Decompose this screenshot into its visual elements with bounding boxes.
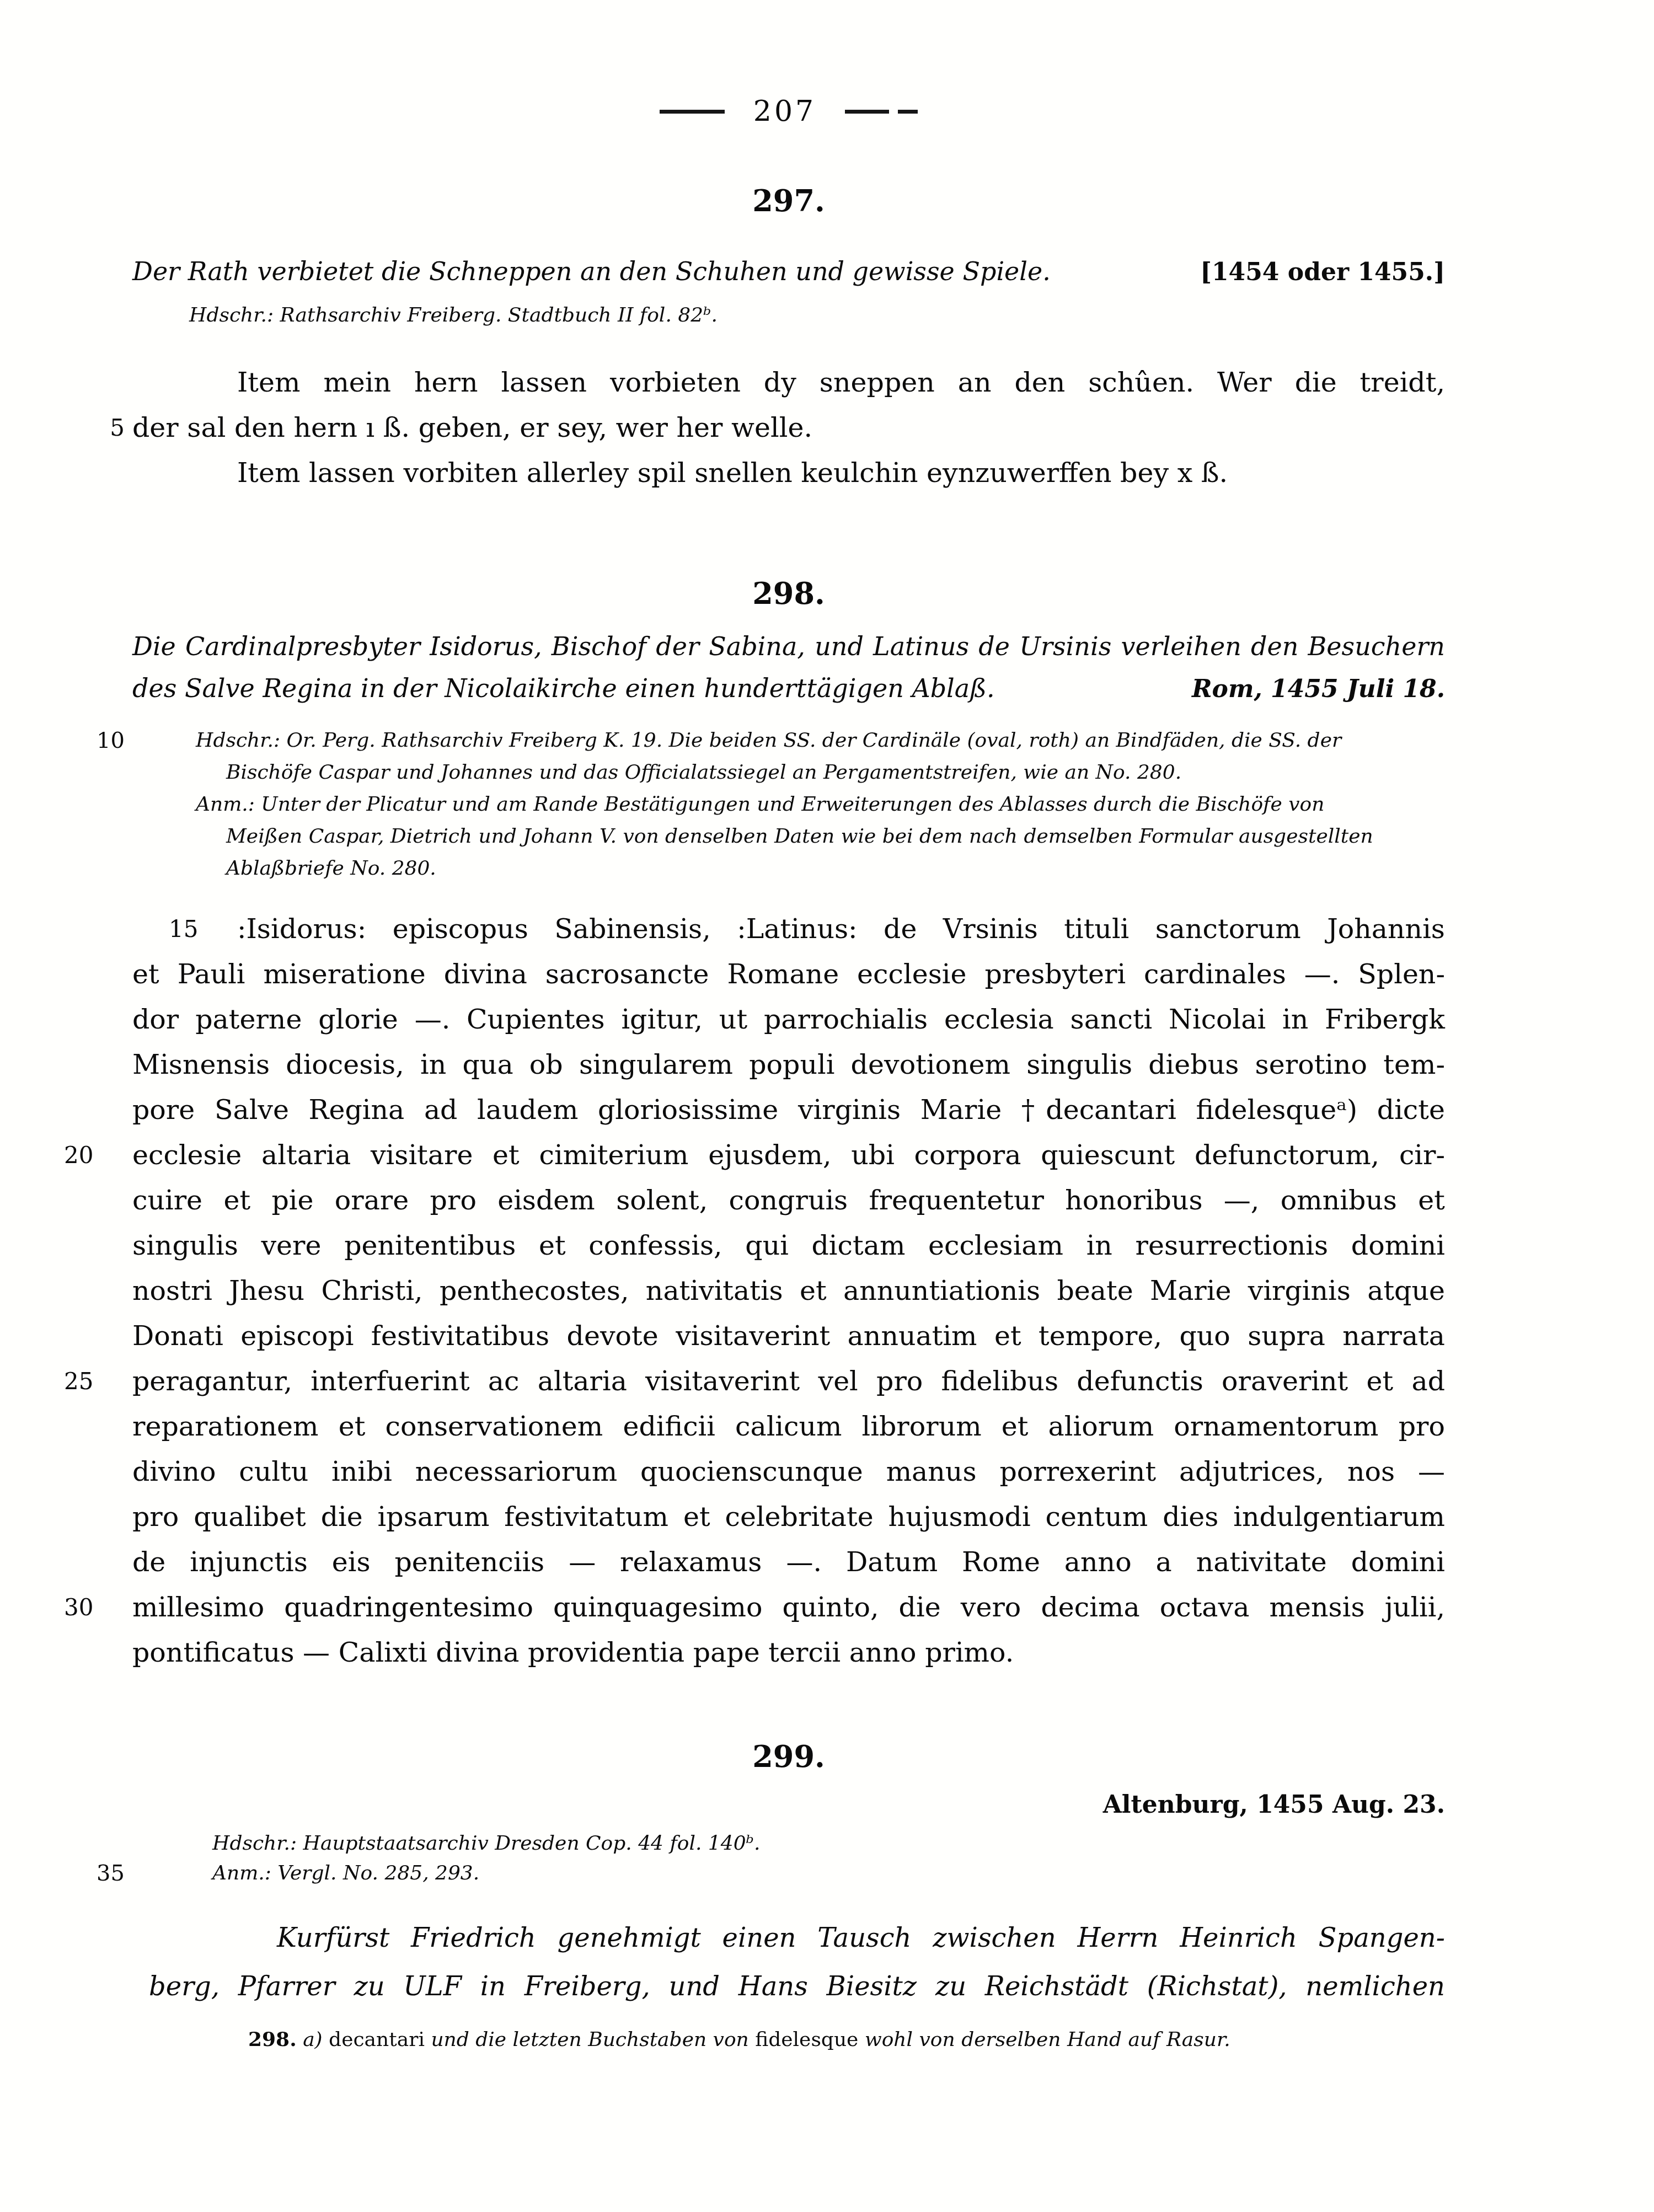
text-column: 207 297. Der Rath verbietet die Schneppe… bbox=[132, 0, 1445, 2054]
text-line: et Pauli miseratione divina sacrosancte … bbox=[132, 952, 1445, 997]
text-line: Kurfürst Friedrich genehmigt einen Tausc… bbox=[149, 1914, 1445, 1962]
page-number-rule-right bbox=[845, 110, 889, 114]
text-line: nostri Jhesu Christi, penthecostes, nati… bbox=[132, 1268, 1445, 1314]
source-line-text: Anm.: Vergl. No. 285, 293. bbox=[212, 1862, 479, 1884]
text-line: 20ecclesie altaria visitare et cimiteriu… bbox=[132, 1133, 1445, 1178]
entry-297-source: Hdschr.: Rathsarchiv Freiberg. Stadtbuch… bbox=[189, 301, 1445, 330]
margin-line-number: 25 bbox=[64, 1359, 125, 1404]
page-number-rule-right-2 bbox=[898, 110, 918, 114]
text-line: 30millesimo quadringentesimo quinquagesi… bbox=[132, 1585, 1445, 1630]
entry-298-regest: Die Cardinalpresbyter Isidorus, Bischof … bbox=[132, 625, 1445, 710]
entry-299-body: Kurfürst Friedrich genehmigt einen Tausc… bbox=[149, 1914, 1445, 2011]
source-line: Meißen Caspar, Dietrich und Johann V. vo… bbox=[226, 821, 1445, 853]
text-line-text: :Isidorus: episcopus Sabinensis, :Latinu… bbox=[237, 913, 1445, 945]
entry-298-sources: 10Hdschr.: Or. Perg. Rathsarchiv Freiber… bbox=[132, 725, 1445, 885]
book-page: 207 297. Der Rath verbietet die Schneppe… bbox=[0, 0, 1654, 2212]
text-line: Item mein hern lassen vorbieten dy snepp… bbox=[132, 360, 1445, 405]
text-line: pore Salve Regina ad laudem gloriosissim… bbox=[132, 1088, 1445, 1133]
source-line-text: Hdschr.: Or. Perg. Rathsarchiv Freiberg … bbox=[196, 729, 1341, 752]
text-line: 15:Isidorus: episcopus Sabinensis, :Lati… bbox=[132, 907, 1445, 952]
margin-line-number: 20 bbox=[64, 1133, 125, 1178]
text-line: Donati episcopi festivitatibus devote vi… bbox=[132, 1314, 1445, 1359]
text-line: singulis vere penitentibus et confessis,… bbox=[132, 1223, 1445, 1268]
margin-line-number: 15 bbox=[64, 907, 125, 952]
entry-299-sources: Hdschr.: Hauptstaatsarchiv Dresden Cop. … bbox=[132, 1829, 1445, 1888]
page-number-rule-left bbox=[660, 110, 725, 114]
regest-line-text: des Salve Regina in der Nicolaikirche ei… bbox=[132, 667, 995, 709]
source-line: Bischöfe Caspar und Johannes und das Off… bbox=[226, 757, 1445, 789]
margin-line-number: 35 bbox=[64, 1858, 125, 1888]
regest-line: des Salve Regina in der Nicolaikirche ei… bbox=[132, 667, 1445, 710]
margin-line-number: 10 bbox=[64, 725, 125, 757]
entry-298-body: 15:Isidorus: episcopus Sabinensis, :Lati… bbox=[132, 907, 1445, 1675]
margin-line-number: 30 bbox=[64, 1585, 125, 1630]
text-line: dor paterne glorie —. Cupientes igitur, … bbox=[132, 997, 1445, 1042]
source-line: 35Anm.: Vergl. No. 285, 293. bbox=[212, 1858, 1445, 1888]
regest-line: Die Cardinalpresbyter Isidorus, Bischof … bbox=[132, 625, 1445, 667]
footnote-text: und die letzten Buchstaben von bbox=[431, 2028, 748, 2051]
text-line: 5der sal den hern ı ß. geben, er sey, we… bbox=[132, 405, 1445, 451]
footnote-word: decantari bbox=[329, 2028, 425, 2051]
entry-298-number: 298. bbox=[132, 576, 1445, 611]
footnote-marker: a) bbox=[303, 2028, 323, 2051]
page-number: 207 bbox=[753, 95, 816, 128]
text-line: reparationem et conservationem edificii … bbox=[132, 1404, 1445, 1449]
text-line: de injunctis eis penitenciis — relaxamus… bbox=[132, 1540, 1445, 1585]
footnote-298a: 298. a) decantari und die letzten Buchst… bbox=[248, 2025, 1445, 2054]
source-line: Anm.: Unter der Plicatur und am Rande Be… bbox=[196, 789, 1445, 821]
text-line: 25peragantur, interfuerint ac altaria vi… bbox=[132, 1359, 1445, 1404]
source-line: Ablaßbriefe No. 280. bbox=[226, 853, 1445, 885]
text-line: pro qualibet die ipsarum festivitatum et… bbox=[132, 1495, 1445, 1540]
source-line: Hdschr.: Hauptstaatsarchiv Dresden Cop. … bbox=[212, 1829, 1445, 1858]
entry-298-date: Rom, 1455 Juli 18. bbox=[1192, 668, 1445, 710]
entry-297-body: Item mein hern lassen vorbieten dy snepp… bbox=[132, 360, 1445, 496]
entry-299-date-row: Altenburg, 1455 Aug. 23. bbox=[132, 1790, 1445, 1825]
text-line: Item lassen vorbiten allerley spil snell… bbox=[132, 451, 1445, 496]
entry-297-regest-row: Der Rath verbietet die Schneppen an den … bbox=[132, 255, 1445, 289]
entry-297-number: 297. bbox=[132, 183, 1445, 218]
margin-line-number: 5 bbox=[64, 405, 125, 451]
entry-297-date: [1454 oder 1455.] bbox=[1200, 256, 1445, 289]
text-line-text: millesimo quadringentesimo quinquagesimo… bbox=[132, 1592, 1445, 1623]
entry-297-regest: Der Rath verbietet die Schneppen an den … bbox=[132, 255, 1051, 288]
text-line-text: der sal den hern ı ß. geben, er sey, wer… bbox=[132, 412, 812, 443]
footnote-word: fidelesque bbox=[755, 2028, 858, 2051]
text-line: divino cultu inibi necessariorum quocien… bbox=[132, 1449, 1445, 1495]
page-header: 207 bbox=[132, 0, 1445, 128]
text-line-text: peragantur, interfuerint ac altaria visi… bbox=[132, 1365, 1445, 1397]
entry-299-date: Altenburg, 1455 Aug. 23. bbox=[1103, 1791, 1445, 1819]
footnote-entry-number: 298. bbox=[248, 2028, 297, 2051]
text-line-text: ecclesie altaria visitare et cimiterium … bbox=[132, 1139, 1445, 1171]
text-line: berg, Pfarrer zu ULF in Freiberg, und Ha… bbox=[149, 1962, 1445, 2011]
text-line: pontificatus — Calixti divina providenti… bbox=[132, 1630, 1445, 1675]
source-line: 10Hdschr.: Or. Perg. Rathsarchiv Freiber… bbox=[196, 725, 1445, 757]
text-line: cuire et pie orare pro eisdem solent, co… bbox=[132, 1178, 1445, 1223]
footnote-text: wohl von derselben Hand auf Rasur. bbox=[865, 2028, 1230, 2051]
text-line: Misnensis diocesis, in qua ob singularem… bbox=[132, 1042, 1445, 1088]
entry-299-number: 299. bbox=[132, 1739, 1445, 1774]
